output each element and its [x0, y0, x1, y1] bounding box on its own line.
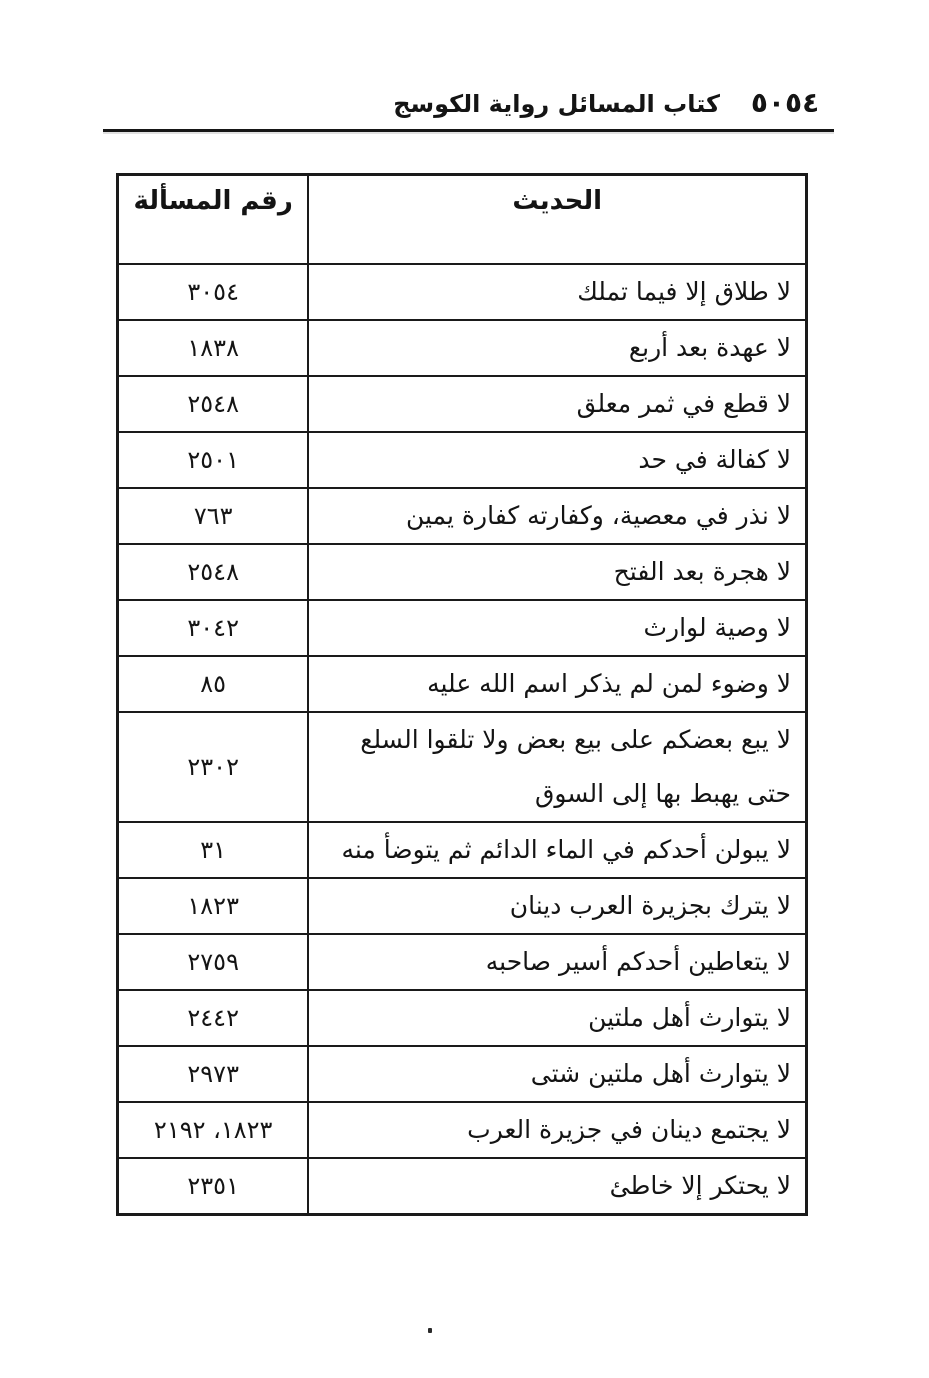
issue-number: ٢٤٤٢ — [118, 990, 309, 1046]
issue-number: ٢٥٠١ — [118, 432, 309, 488]
issue-number: ٢٥٤٨ — [118, 376, 309, 432]
table-body: لا طلاق إلا فيما تملك ٣٠٥٤ لا عهدة بعد أ… — [118, 264, 807, 1215]
hadith-text: لا هجرة بعد الفتح — [308, 544, 806, 600]
column-header-hadith: الحديث — [308, 175, 806, 265]
hadith-text: لا يجتمع دينان في جزيرة العرب — [308, 1102, 806, 1158]
hadith-text: لا وصية لوارث — [308, 600, 806, 656]
table-row: لا قطع في ثمر معلق ٢٥٤٨ — [118, 376, 807, 432]
hadith-text: لا يتوارث أهل ملتين شتى — [308, 1046, 806, 1102]
hadith-text: لا عهدة بعد أربع — [308, 320, 806, 376]
issue-number: ٧٦٣ — [118, 488, 309, 544]
table-row: لا طلاق إلا فيما تملك ٣٠٥٤ — [118, 264, 807, 320]
page-title: كتاب المسائل رواية الكوسج — [420, 90, 720, 118]
table-row: لا يبع بعضكم على بيع بعض ولا تلقوا السلع… — [118, 712, 807, 822]
hadith-text: لا وضوء لمن لم يذكر اسم الله عليه — [308, 656, 806, 712]
table-row: لا كفالة في حد ٢٥٠١ — [118, 432, 807, 488]
ink-speck — [428, 1328, 432, 1333]
hadith-text: لا يترك بجزيرة العرب دينان — [308, 878, 806, 934]
hadith-text: لا نذر في معصية، وكفارته كفارة يمين — [308, 488, 806, 544]
hadith-text: لا يتعاطين أحدكم أسير صاحبه — [308, 934, 806, 990]
issue-number: ١٨٣٨ — [118, 320, 309, 376]
table-row: لا وضوء لمن لم يذكر اسم الله عليه ٨٥ — [118, 656, 807, 712]
issue-number: ٨٥ — [118, 656, 309, 712]
hadith-text: لا طلاق إلا فيما تملك — [308, 264, 806, 320]
issue-number: ٢٣٥١ — [118, 1158, 309, 1215]
issue-number: ١٨٢٣ — [118, 878, 309, 934]
issue-number: ٢٧٥٩ — [118, 934, 309, 990]
table-row: لا يتوارث أهل ملتين شتى ٢٩٧٣ — [118, 1046, 807, 1102]
table-row: لا يتعاطين أحدكم أسير صاحبه ٢٧٥٩ — [118, 934, 807, 990]
table-row: لا نذر في معصية، وكفارته كفارة يمين ٧٦٣ — [118, 488, 807, 544]
table-row: لا يترك بجزيرة العرب دينان ١٨٢٣ — [118, 878, 807, 934]
hadith-text: لا يحتكر إلا خاطئ — [308, 1158, 806, 1215]
hadith-text: لا كفالة في حد — [308, 432, 806, 488]
issue-number: ٣٠٥٤ — [118, 264, 309, 320]
issue-number: ٣٠٤٢ — [118, 600, 309, 656]
issue-number: ٣١ — [118, 822, 309, 878]
table-header-row: الحديث رقم المسألة — [118, 175, 807, 265]
table-row: لا هجرة بعد الفتح ٢٥٤٨ — [118, 544, 807, 600]
table-row: لا عهدة بعد أربع ١٨٣٨ — [118, 320, 807, 376]
hadith-text: لا يبولن أحدكم في الماء الدائم ثم يتوضأ … — [308, 822, 806, 878]
table-row: لا وصية لوارث ٣٠٤٢ — [118, 600, 807, 656]
table-row: لا يبولن أحدكم في الماء الدائم ثم يتوضأ … — [118, 822, 807, 878]
hadith-text: لا يتوارث أهل ملتين — [308, 990, 806, 1046]
hadith-index-table: الحديث رقم المسألة لا طلاق إلا فيما تملك… — [116, 173, 808, 1216]
page-number: ٥٠٥٤ — [748, 86, 822, 119]
column-header-issue-number: رقم المسألة — [118, 175, 309, 265]
table-row: لا يجتمع دينان في جزيرة العرب ١٨٢٣، ٢١٩٢ — [118, 1102, 807, 1158]
table-row: لا يحتكر إلا خاطئ ٢٣٥١ — [118, 1158, 807, 1215]
table-row: لا يتوارث أهل ملتين ٢٤٤٢ — [118, 990, 807, 1046]
issue-number: ٢٩٧٣ — [118, 1046, 309, 1102]
header-rule — [103, 129, 834, 132]
issue-number: ١٨٢٣، ٢١٩٢ — [118, 1102, 309, 1158]
issue-number: ٢٣٠٢ — [118, 712, 309, 822]
issue-number: ٢٥٤٨ — [118, 544, 309, 600]
scanned-book-page: ٥٠٥٤ كتاب المسائل رواية الكوسج الحديث رق… — [0, 0, 929, 1378]
hadith-text: لا قطع في ثمر معلق — [308, 376, 806, 432]
hadith-text: لا يبع بعضكم على بيع بعض ولا تلقوا السلع… — [308, 712, 806, 822]
